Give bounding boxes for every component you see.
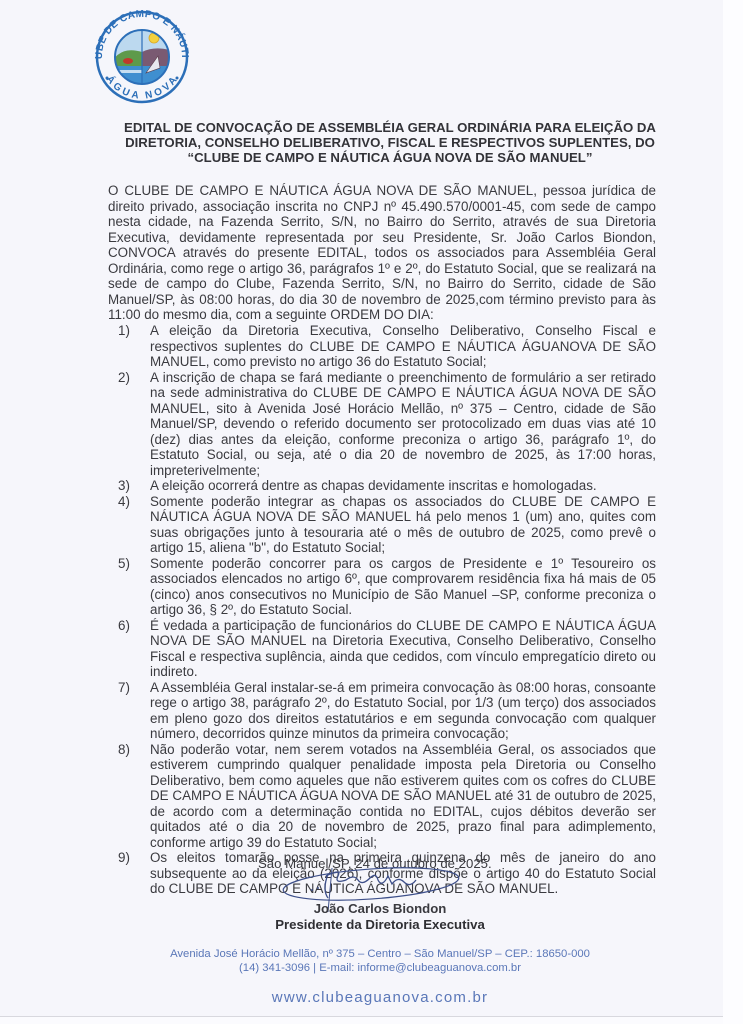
agenda-item-number: 9) (118, 850, 146, 866)
title-line-1: EDITAL DE CONVOCAÇÃO DE ASSEMBLÉIA GERAL… (100, 120, 680, 135)
agenda-item: 3) A eleição ocorrerá dentre as chapas d… (118, 478, 656, 494)
agenda-item: 6) É vedada a participação de funcionári… (118, 618, 656, 680)
agenda-item: 4) Somente poderão integrar as chapas os… (118, 494, 656, 556)
agenda-item-number: 3) (118, 478, 146, 494)
agenda-item-text: Não poderão votar, nem serem votados na … (150, 742, 656, 850)
title-line-3: “CLUBE DE CAMPO E NÁUTICA ÁGUA NOVA DE S… (100, 150, 680, 165)
agenda-item-number: 5) (118, 556, 146, 572)
signatory-name: João Carlos Biondon (240, 901, 520, 916)
agenda-item-number: 2) (118, 370, 146, 386)
footer-website: www.clubeaguanova.com.br (100, 989, 660, 1006)
agenda-item-text: A eleição ocorrerá dentre as chapas devi… (150, 478, 597, 493)
signatory-role: Presidente da Diretoria Executiva (240, 917, 520, 932)
agenda-item: 2) A inscrição de chapa se fará mediante… (118, 370, 656, 479)
agenda-item-number: 8) (118, 742, 146, 758)
agenda-item-number: 1) (118, 323, 146, 339)
agenda-item-text: A inscrição de chapa se fará mediante o … (150, 370, 656, 478)
title-line-2: DIRETORIA, CONSELHO DELIBERATIVO, FISCAL… (100, 135, 680, 150)
document-title: EDITAL DE CONVOCAÇÃO DE ASSEMBLÉIA GERAL… (100, 120, 680, 165)
agenda-item-text: É vedada a participação de funcionários … (150, 618, 656, 680)
intro-paragraph: O CLUBE DE CAMPO E NÁUTICA ÁGUA NOVA DE … (108, 183, 656, 323)
agenda-item-number: 7) (118, 680, 146, 696)
agenda-item: 7) A Assembléia Geral instalar-se-á em p… (118, 680, 656, 742)
agenda-item-text: A Assembléia Geral instalar-se-á em prim… (150, 680, 656, 742)
agenda-item: 1) A eleição da Diretoria Executiva, Con… (118, 323, 656, 370)
agenda-item-number: 4) (118, 494, 146, 510)
agenda-list: 1) A eleição da Diretoria Executiva, Con… (118, 323, 656, 897)
club-logo: CLUBE DE CAMPO E NÁUTICA ÁGUA NOVA (88, 10, 196, 104)
footer-contact: (14) 341-3096 | E-mail: informe@clubeagu… (100, 961, 660, 975)
agenda-item-text: Somente poderão integrar as chapas os as… (150, 494, 656, 556)
agenda-item-text: Somente poderão concorrer para os cargos… (150, 556, 656, 618)
agenda-item: 5) Somente poderão concorrer para os car… (118, 556, 656, 618)
page-edge (723, 0, 743, 1024)
agenda-item-text: A eleição da Diretoria Executiva, Consel… (150, 323, 656, 369)
document-page: CLUBE DE CAMPO E NÁUTICA ÁGUA NOVA EDITA… (0, 0, 723, 1017)
footer-address: Avenida José Horácio Mellão, nº 375 – Ce… (100, 947, 660, 961)
agenda-item: 8) Não poderão votar, nem serem votados … (118, 742, 656, 851)
agenda-item-number: 6) (118, 618, 146, 634)
